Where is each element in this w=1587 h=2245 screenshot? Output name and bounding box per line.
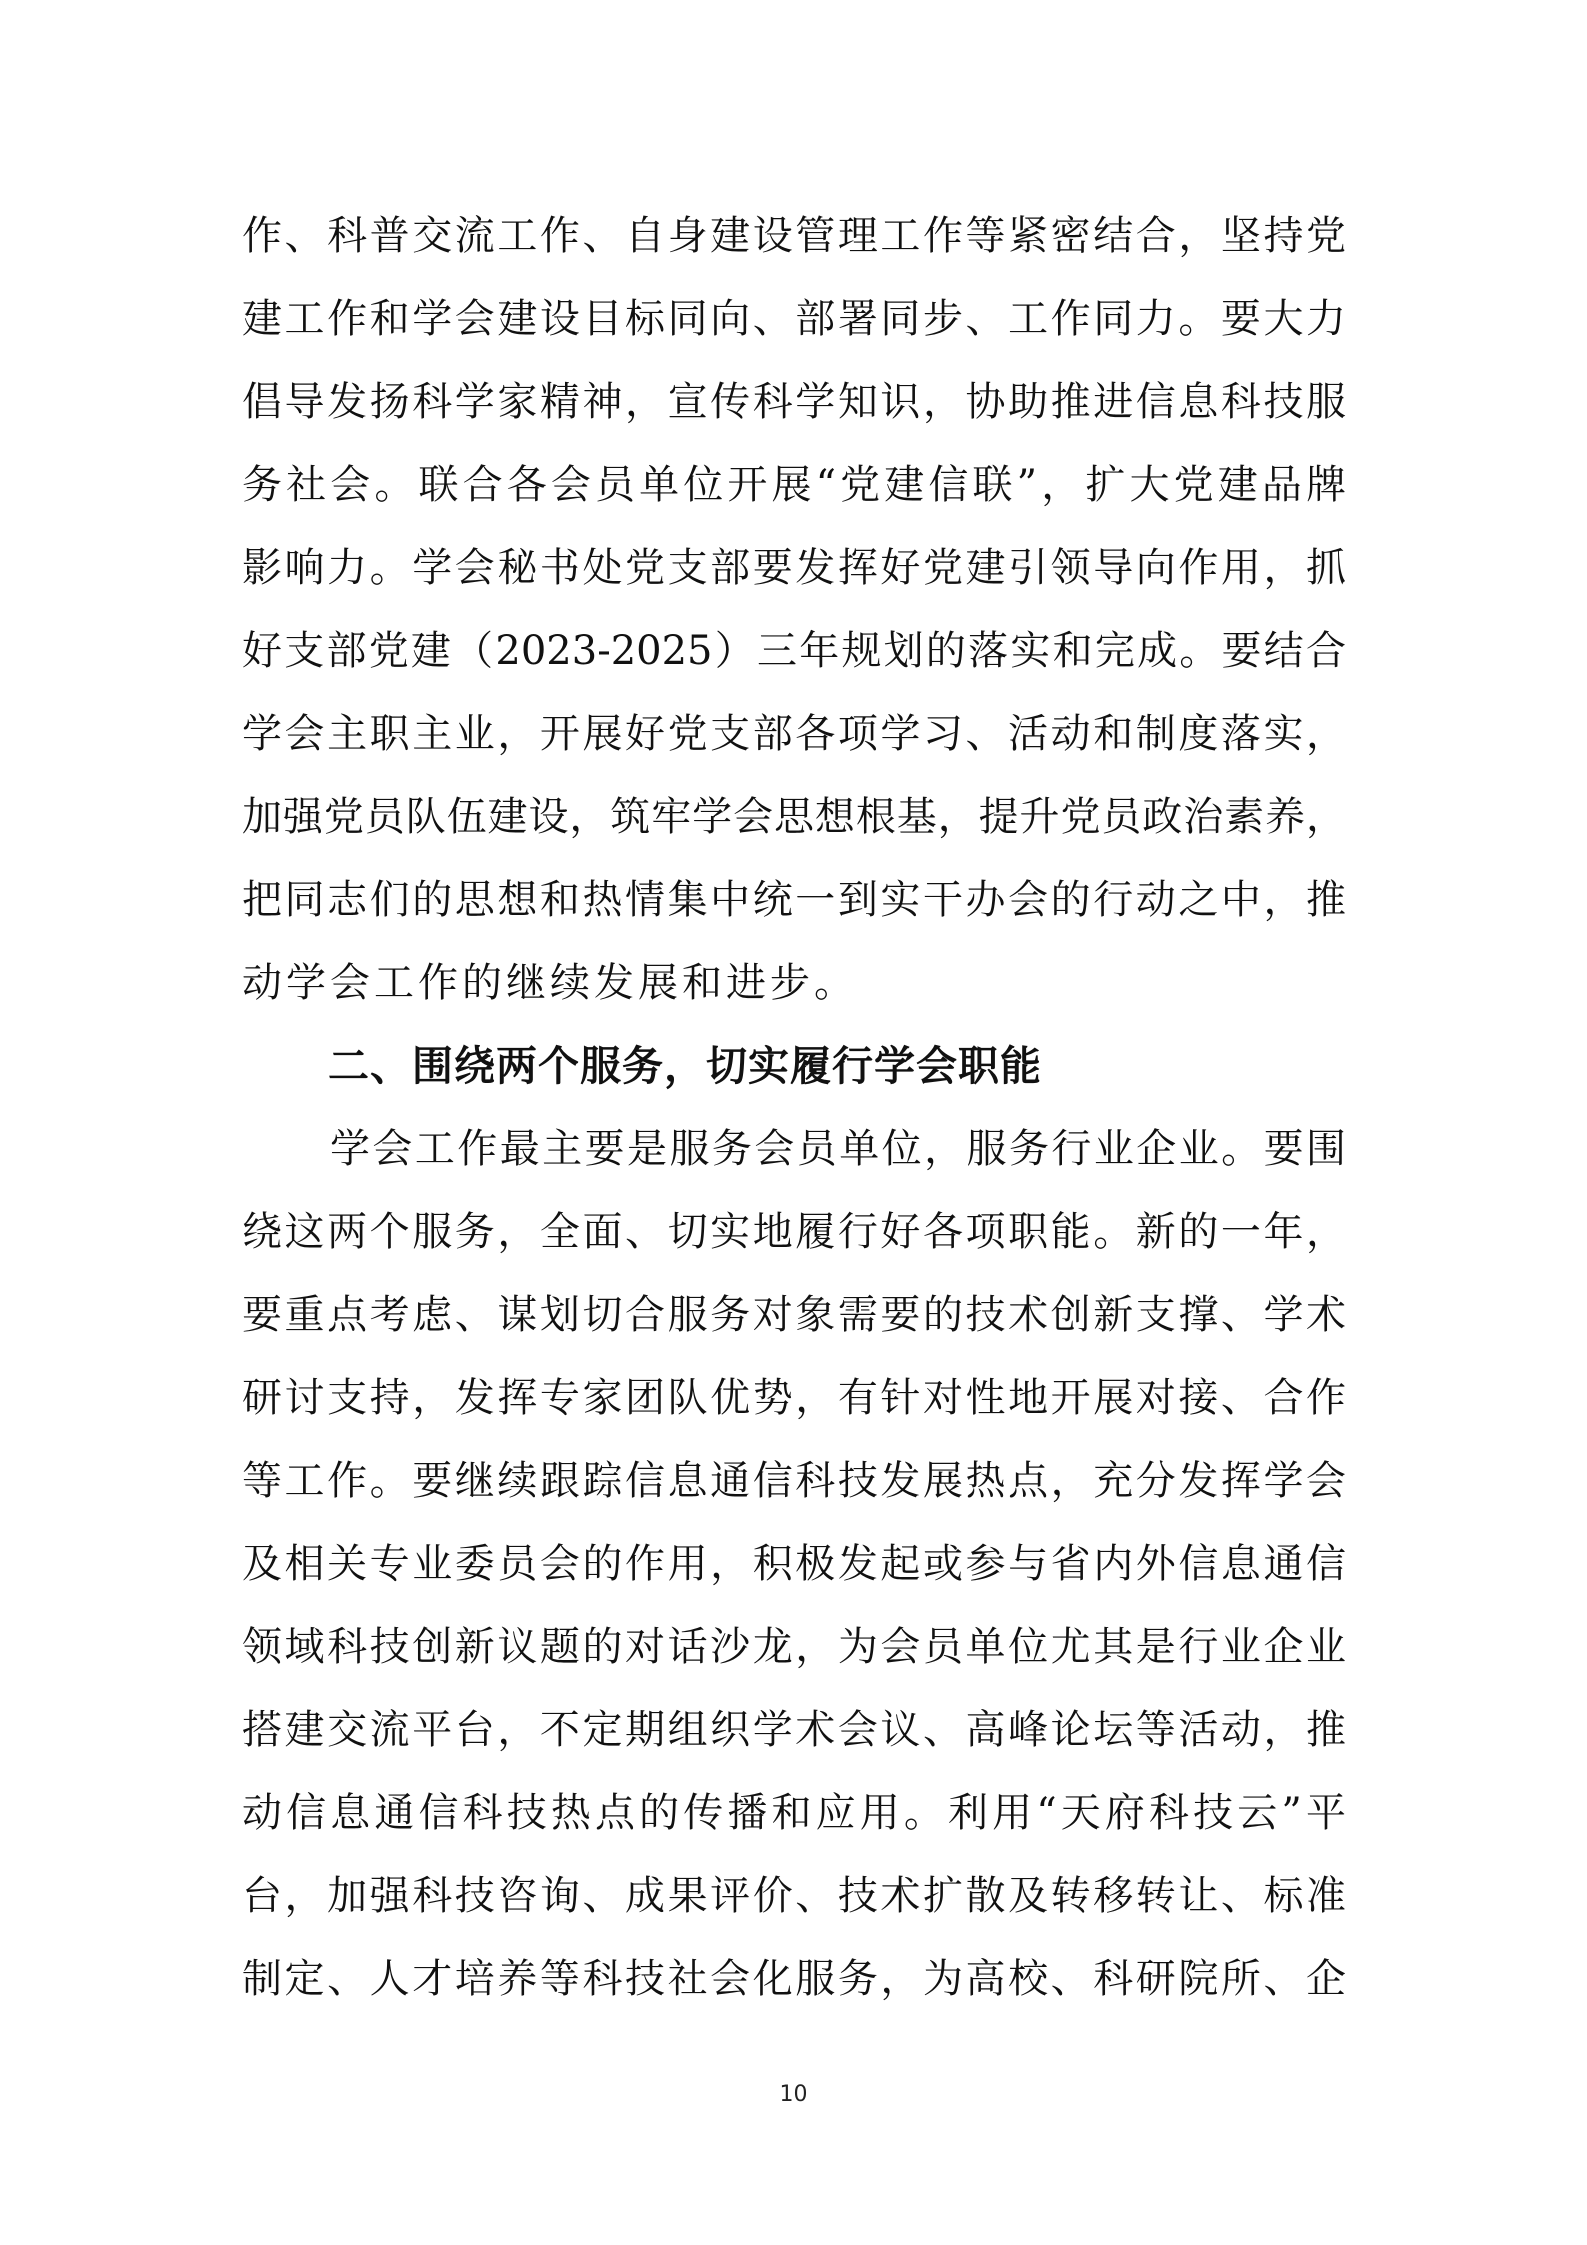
document-page: 作、科普交流工作、自身建设管理工作等紧密结合，坚持党 建工作和学会建设目标同向、… [0, 0, 1587, 2245]
paragraph-line: 研讨支持，发挥专家团队优势，有针对性地开展对接、合作 [242, 1370, 1346, 1453]
page-number: 10 [0, 2082, 1587, 2107]
paragraph-line: 制定、人才培养等科技社会化服务，为高校、科研院所、企 [242, 1951, 1346, 2034]
section-heading: 二、围绕两个服务，切实履行学会职能 [242, 1038, 1346, 1121]
paragraph-line: 等工作。要继续跟踪信息通信科技发展热点，充分发挥学会 [242, 1453, 1346, 1536]
paragraph-line: 台，加强科技咨询、成果评价、技术扩散及转移转让、标准 [242, 1868, 1346, 1951]
paragraph-line: 加强党员队伍建设，筑牢学会思想根基，提升党员政治素养， [242, 789, 1346, 872]
paragraph-line-last: 动学会工作的继续发展和进步。 [242, 955, 1346, 1038]
paragraph-line: 及相关专业委员会的作用，积极发起或参与省内外信息通信 [242, 1536, 1346, 1619]
paragraph-line: 领域科技创新议题的对话沙龙，为会员单位尤其是行业企业 [242, 1619, 1346, 1702]
paragraph-line-first: 学会工作最主要是服务会员单位，服务行业企业。要围 [242, 1121, 1346, 1204]
paragraph-line: 作、科普交流工作、自身建设管理工作等紧密结合，坚持党 [242, 208, 1346, 291]
paragraph-line: 把同志们的思想和热情集中统一到实干办会的行动之中，推 [242, 872, 1346, 955]
paragraph-line: 影响力。学会秘书处党支部要发挥好党建引领导向作用，抓 [242, 540, 1346, 623]
document-body: 作、科普交流工作、自身建设管理工作等紧密结合，坚持党 建工作和学会建设目标同向、… [242, 208, 1346, 2034]
paragraph-line: 要重点考虑、谋划切合服务对象需要的技术创新支撑、学术 [242, 1287, 1346, 1370]
paragraph-line: 倡导发扬科学家精神，宣传科学知识，协助推进信息科技服 [242, 374, 1346, 457]
paragraph-line: 好支部党建（2023-2025）三年规划的落实和完成。要结合 [242, 623, 1346, 706]
paragraph-line: 建工作和学会建设目标同向、部署同步、工作同力。要大力 [242, 291, 1346, 374]
paragraph-line: 动信息通信科技热点的传播和应用。利用“天府科技云”平 [242, 1785, 1346, 1868]
paragraph-line: 搭建交流平台，不定期组织学术会议、高峰论坛等活动，推 [242, 1702, 1346, 1785]
paragraph-line: 务社会。联合各会员单位开展“党建信联”，扩大党建品牌 [242, 457, 1346, 540]
paragraph-line: 绕这两个服务，全面、切实地履行好各项职能。新的一年， [242, 1204, 1346, 1287]
paragraph-line: 学会主职主业，开展好党支部各项学习、活动和制度落实， [242, 706, 1346, 789]
